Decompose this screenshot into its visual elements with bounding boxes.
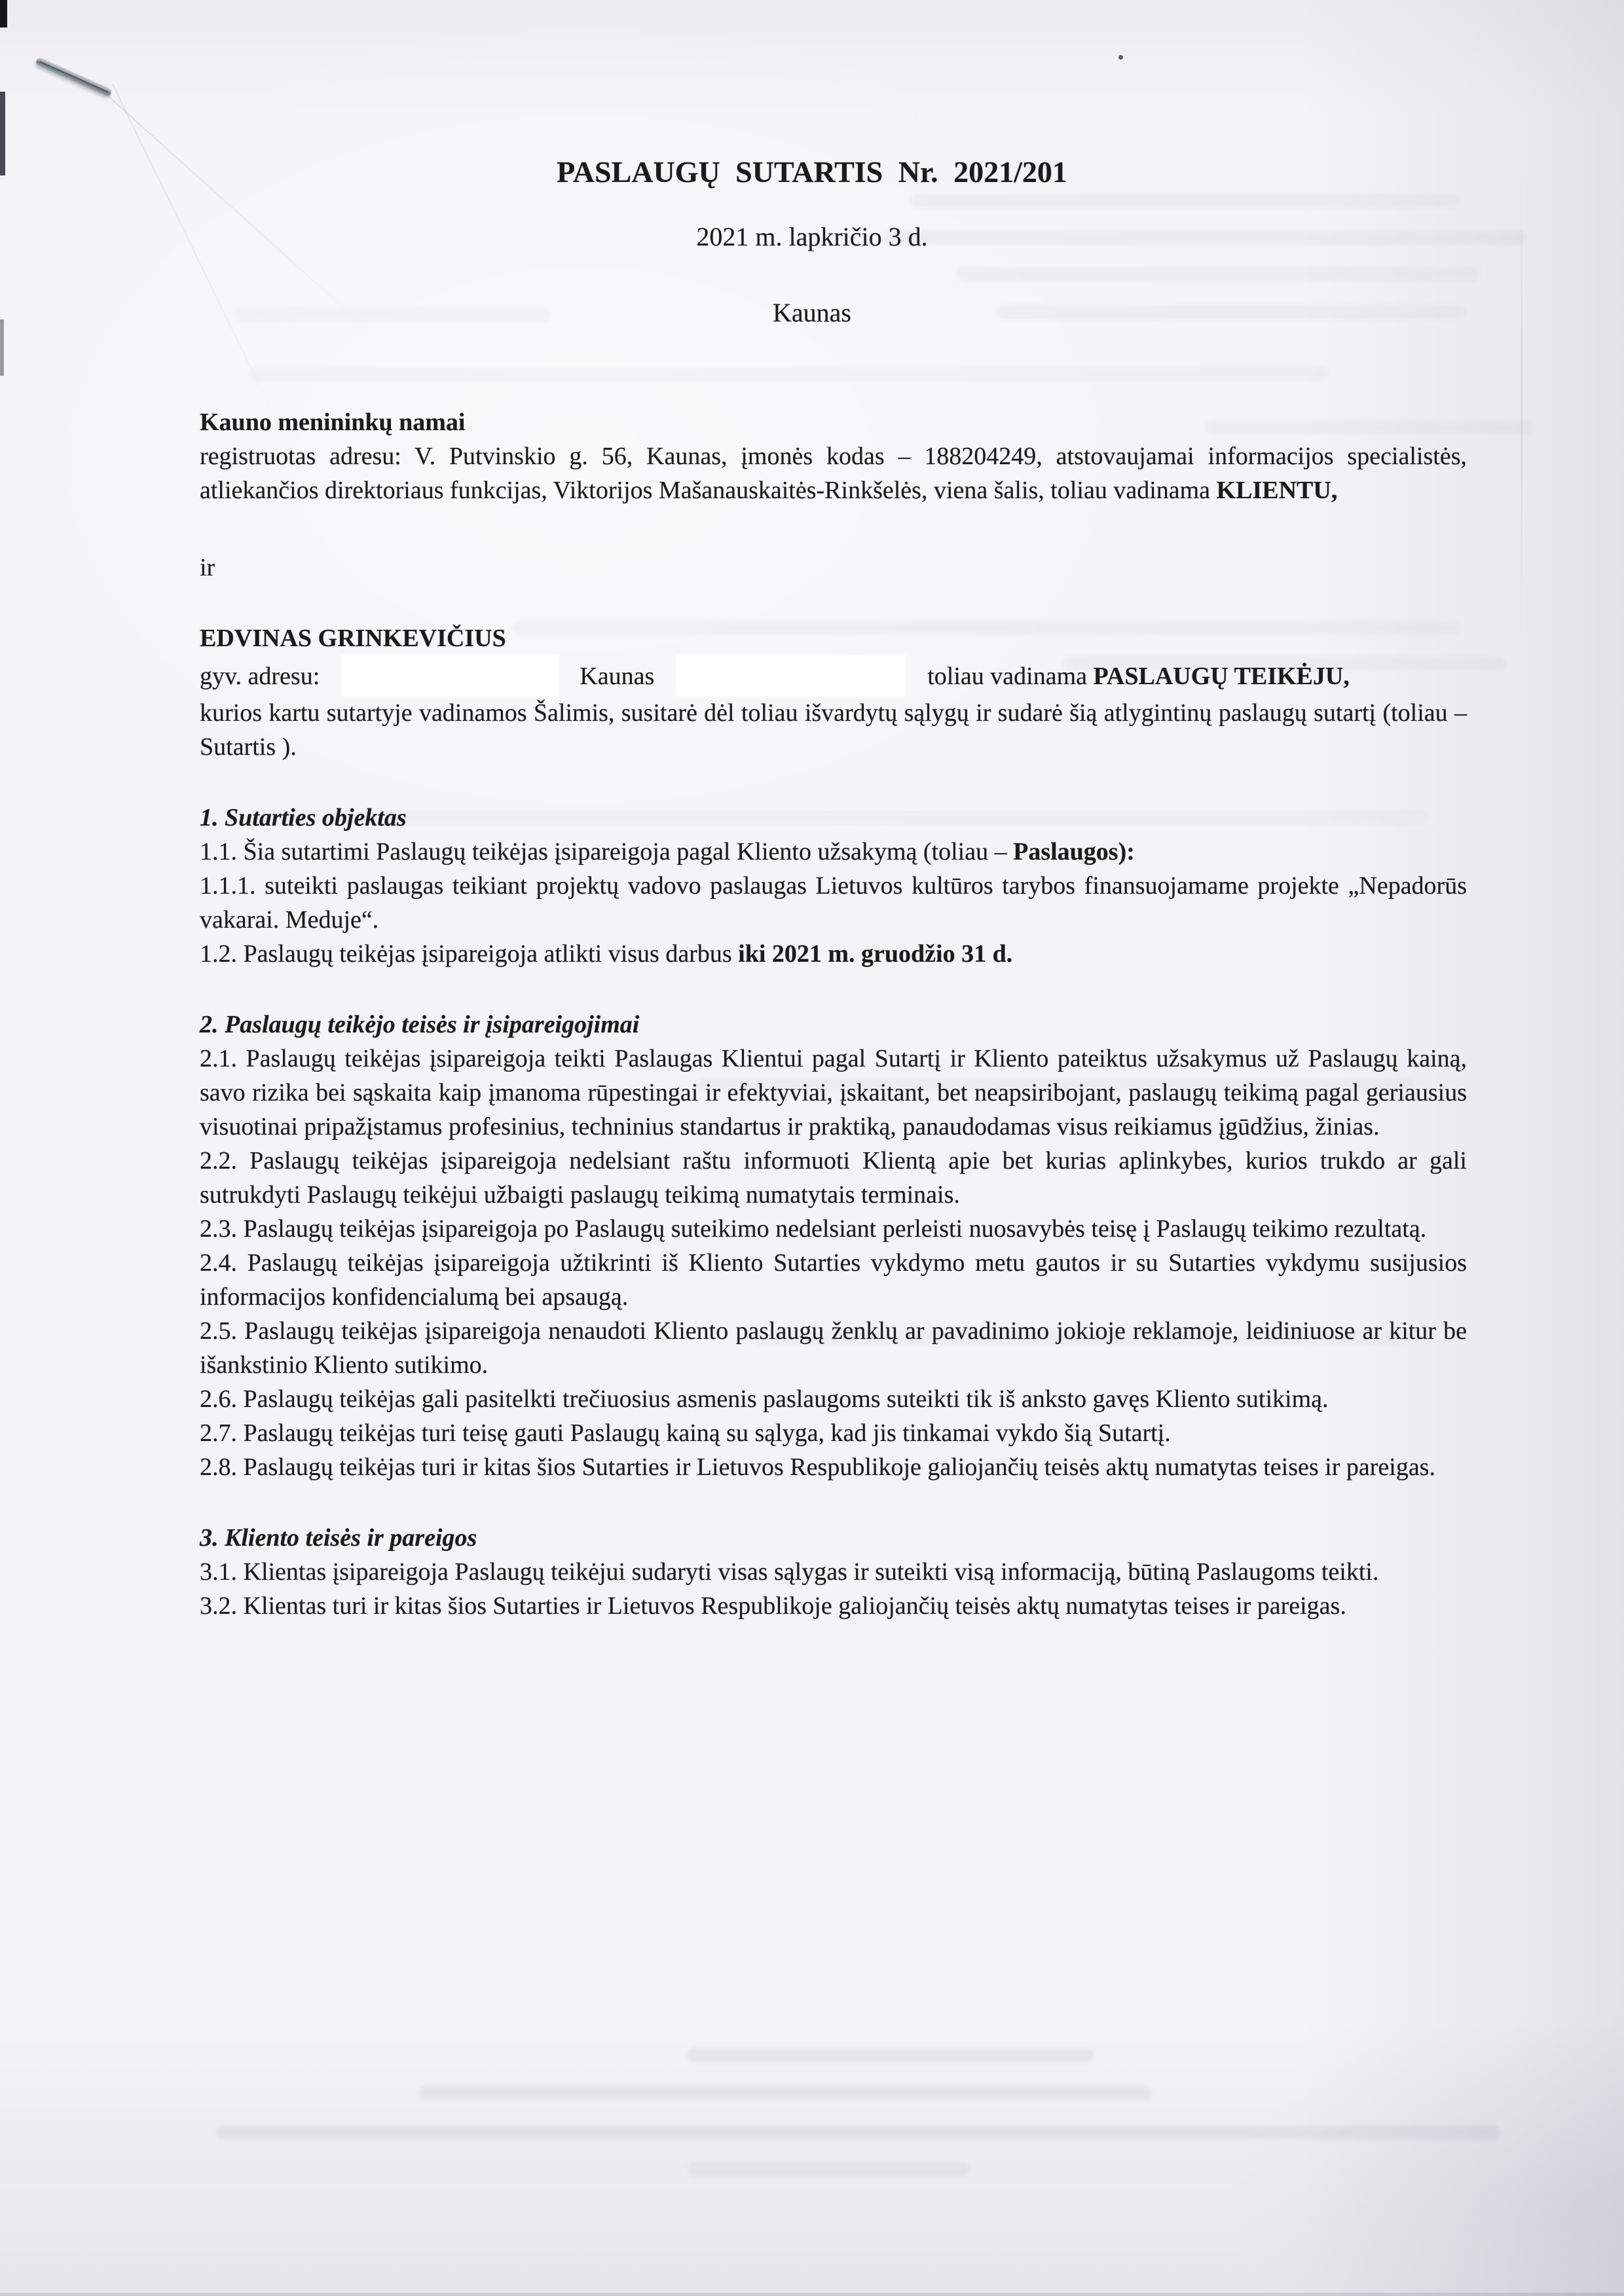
clause-paragraph: 3.2. Klientas turi ir kitas šios Sutarti…: [200, 1589, 1467, 1623]
contract-city: Kaunas: [0, 296, 1624, 330]
contract-title: PASLAUGŲ SUTARTIS Nr. 2021/201: [0, 154, 1624, 191]
clause-text-segment: 2.6. Paslaugų teikėjas gali pasitelkti t…: [200, 1385, 1329, 1413]
clause-paragraph: 2.5. Paslaugų teikėjas įsipareigoja nena…: [200, 1314, 1467, 1382]
clause-paragraph: 2.7. Paslaugų teikėjas turi teisę gauti …: [200, 1416, 1467, 1450]
provider-middle-text: toliau vadinama: [927, 663, 1087, 690]
clause-paragraph: 2.3. Paslaugų teikėjas įsipareigoja po P…: [200, 1212, 1467, 1246]
clause-bold-segment: iki 2021 m. gruodžio 31 d.: [738, 940, 1012, 968]
parties-tail: kurios kartu sutartyje vadinamos Šalimis…: [200, 696, 1467, 764]
provider-name: EDVINAS GRINKEVIČIUS: [200, 621, 1467, 655]
clause-text-segment: 1.1. Šia sutartimi Paslaugų teikėjas įsi…: [200, 838, 1013, 866]
clause-paragraph: 2.1. Paslaugų teikėjas įsipareigoja teik…: [200, 1042, 1467, 1144]
provider-address-prefix: gyv. adresu:: [200, 663, 320, 690]
clause-text-segment: 2.2. Paslaugų teikėjas įsipareigoja nede…: [200, 1147, 1467, 1209]
clause-text-segment: 2.1. Paslaugų teikėjas įsipareigoja teik…: [200, 1045, 1467, 1140]
client-name: Kauno menininkų namai: [200, 405, 1467, 439]
clause-text-segment: 2.5. Paslaugų teikėjas įsipareigoja nena…: [200, 1317, 1467, 1379]
contract-content: PASLAUGŲ SUTARTIS Nr. 2021/201 2021 m. l…: [0, 0, 1624, 1623]
section-heading: 3. Kliento teisės ir pareigos: [200, 1521, 1467, 1555]
scanned-contract-page: PASLAUGŲ SUTARTIS Nr. 2021/201 2021 m. l…: [0, 0, 1624, 2296]
bleedthrough-artifact: [419, 2086, 1153, 2100]
clause-text-segment: 3.2. Klientas turi ir kitas šios Sutarti…: [200, 1592, 1346, 1620]
provider-address-line: gyv. adresu: Kaunas toliau vadinama PASL…: [200, 655, 1467, 696]
clause-text-segment: 2.3. Paslaugų teikėjas įsipareigoja po P…: [200, 1215, 1426, 1243]
clause-text-segment: 2.7. Paslaugų teikėjas turi teisę gauti …: [200, 1419, 1171, 1447]
bleedthrough-artifact: [216, 2125, 1500, 2140]
clause-paragraph: 3.1. Klientas įsipareigoja Paslaugų teik…: [200, 1555, 1467, 1589]
clause-paragraph: 2.8. Paslaugų teikėjas turi ir kitas šio…: [200, 1450, 1467, 1484]
clause-paragraph: 2.2. Paslaugų teikėjas įsipareigoja nede…: [200, 1144, 1467, 1212]
client-term: KLIENTU,: [1217, 477, 1338, 504]
clause-bold-segment: Paslaugos):: [1013, 838, 1135, 866]
client-details: registruotas adresu: V. Putvinskio g. 56…: [200, 439, 1467, 507]
clause-text-segment: 2.8. Paslaugų teikėjas turi ir kitas šio…: [200, 1453, 1435, 1481]
clause-paragraph: 2.6. Paslaugų teikėjas gali pasitelkti t…: [200, 1382, 1467, 1416]
scan-edge-artifact: [0, 2293, 1624, 2296]
clause-text-segment: 1.2. Paslaugų teikėjas įsipareigoja atli…: [200, 940, 738, 968]
clause-text-segment: 1.1.1. suteikti paslaugas teikiant proje…: [200, 872, 1467, 934]
clause-paragraph: 2.4. Paslaugų teikėjas įsipareigoja užti…: [200, 1246, 1467, 1314]
redaction-box: [676, 655, 906, 696]
clause-paragraph: 1.2. Paslaugų teikėjas įsipareigoja atli…: [200, 937, 1467, 971]
section-heading: 1. Sutarties objektas: [200, 801, 1467, 835]
clause-text-segment: 3.1. Klientas įsipareigoja Paslaugų teik…: [200, 1558, 1378, 1586]
clause-paragraph: 1.1.1. suteikti paslaugas teikiant proje…: [200, 869, 1467, 937]
provider-term: PASLAUGŲ TEIKĖJU,: [1094, 663, 1350, 690]
redaction-box: [342, 655, 558, 696]
clause-paragraph: 1.1. Šia sutartimi Paslaugų teikėjas įsi…: [200, 835, 1467, 869]
contract-sections: 1. Sutarties objektas1.1. Šia sutartimi …: [200, 801, 1467, 1623]
bleedthrough-artifact: [688, 2162, 969, 2176]
conjunction-ir: ir: [200, 551, 1467, 585]
section-heading: 2. Paslaugų teikėjo teisės ir įsipareigo…: [200, 1008, 1467, 1042]
bleedthrough-artifact: [688, 2048, 1094, 2062]
provider-city: Kaunas: [580, 663, 654, 690]
contract-date: 2021 m. lapkričio 3 d.: [0, 220, 1624, 254]
clause-text-segment: 2.4. Paslaugų teikėjas įsipareigoja užti…: [200, 1249, 1467, 1311]
